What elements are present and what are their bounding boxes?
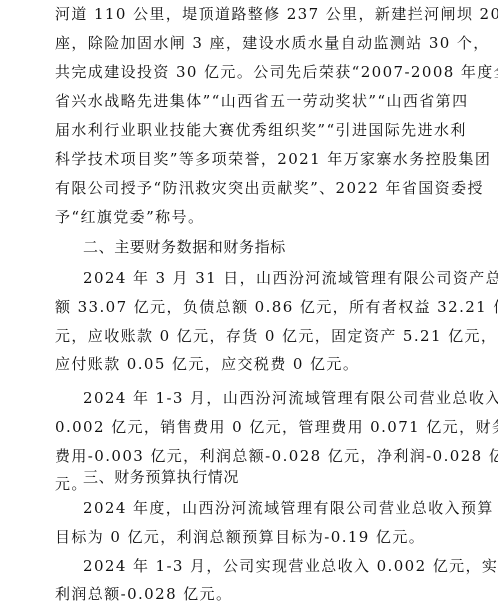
paragraph-line: 元，应收账款 0 亿元，存货 0 亿元，固定资产 5.21 亿元， bbox=[55, 326, 497, 346]
paragraph-line: 利润总额-0.028 亿元。 bbox=[55, 584, 232, 604]
paragraph-line: 费用-0.003 亿元，利润总额-0.028 亿元，净利润-0.028 亿 bbox=[55, 446, 498, 466]
paragraph-line: 座，除险加固水闸 3 座，建设水质水量自动监测站 30 个， bbox=[55, 33, 490, 53]
paragraph-line: 科学技术项目奖”等多项荣誉，2021 年万家寨水务控股集团 bbox=[55, 149, 491, 169]
paragraph-line: 应付账款 0.05 亿元，应交税费 0 亿元。 bbox=[55, 354, 359, 374]
paragraph-line: 共完成建设投资 30 亿元。公司先后荣获“2007-2008 年度全 bbox=[55, 62, 498, 82]
paragraph-line: 河道 110 公里，堤顶道路整修 237 公里，新建拦河闸坝 20 bbox=[55, 4, 498, 24]
paragraph-line: 0.002 亿元，销售费用 0 亿元，管理费用 0.071 亿元，财务 bbox=[55, 417, 498, 437]
paragraph-line: 目标为 0 亿元，利润总额预算目标为-0.19 亿元。 bbox=[55, 527, 425, 547]
paragraph-line: 2024 年 1-3 月，山西汾河流域管理有限公司营业总收入 bbox=[83, 388, 498, 408]
paragraph-line: 2024 年 1-3 月，公司实现营业总收入 0.002 亿元，实现 bbox=[83, 556, 498, 576]
paragraph-line: 2024 年 3 月 31 日，山西汾河流域管理有限公司资产总 bbox=[83, 268, 498, 288]
paragraph-line: 2024 年度，山西汾河流域管理有限公司营业总收入预算 bbox=[83, 498, 494, 518]
paragraph-line: 予“红旗党委”称号。 bbox=[55, 207, 204, 227]
paragraph-line: 届水利行业职业技能大赛优秀组织奖”“引进国际先进水利 bbox=[55, 120, 467, 140]
section-heading: 二、主要财务数据和财务指标 bbox=[83, 237, 286, 257]
paragraph-line: 额 33.07 亿元，负债总额 0.86 亿元，所有者权益 32.21 亿 bbox=[55, 297, 498, 317]
paragraph-line: 有限公司授予“防汛救灾突出贡献奖”、2022 年省国资委授 bbox=[55, 178, 484, 198]
paragraph-line: 省兴水战略先进集体”“山西省五一劳动奖状”“山西省第四 bbox=[55, 91, 468, 111]
section-heading: 三、财务预算执行情况 bbox=[83, 467, 239, 487]
